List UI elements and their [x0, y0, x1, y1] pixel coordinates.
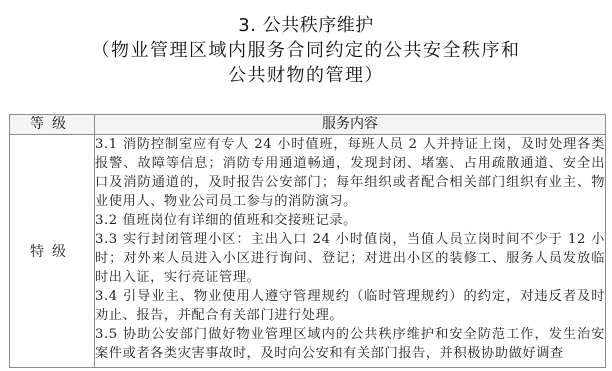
document-title: 3. 公共秩序维护 （物业管理区域内服务合同约定的公共安全秩序和 公共财物的管理…: [0, 13, 612, 88]
table-row: 特级 3.1 消防控制室应有专人 24 小时值班，每班人员 2 人并持证上岗，及…: [10, 135, 606, 368]
service-items: 3.1 消防控制室应有专人 24 小时值班，每班人员 2 人并持证上岗，及时处理…: [95, 135, 605, 367]
column-header-level: 等级: [10, 115, 95, 135]
content-cell: 3.1 消防控制室应有专人 24 小时值班，每班人员 2 人并持证上岗，及时处理…: [95, 135, 606, 368]
column-header-content: 服务内容: [95, 115, 606, 135]
level-cell: 特级: [10, 135, 95, 368]
service-item-3-1: 3.1 消防控制室应有专人 24 小时值班，每班人员 2 人并持证上岗，及时处理…: [95, 135, 605, 211]
service-item-3-2: 3.2 值班岗位有详细的值班和交接班记录。: [95, 211, 605, 230]
service-item-3-4: 3.4 引导业主、物业使用人遵守管理规约（临时管理规约）的约定，对违反者及时劝止…: [95, 287, 605, 325]
service-item-3-5: 3.5 协助公安部门做好物业管理区域内的公共秩序维护和安全防范工作，发生治安案件…: [95, 325, 605, 363]
service-item-3-3: 3.3 实行封闭管理小区：主出入口 24 小时值岗，当值人员立岗时间不少于 12…: [95, 230, 605, 287]
table-header-row: 等级 服务内容: [10, 115, 606, 135]
section-title: 3. 公共秩序维护: [0, 13, 612, 38]
service-standard-table: 等级 服务内容 特级 3.1 消防控制室应有专人 24 小时值班，每班人员 2 …: [9, 114, 606, 368]
section-subtitle-line-2: 公共财物的管理）: [0, 63, 612, 88]
section-subtitle-line-1: （物业管理区域内服务合同约定的公共安全秩序和: [0, 38, 612, 63]
